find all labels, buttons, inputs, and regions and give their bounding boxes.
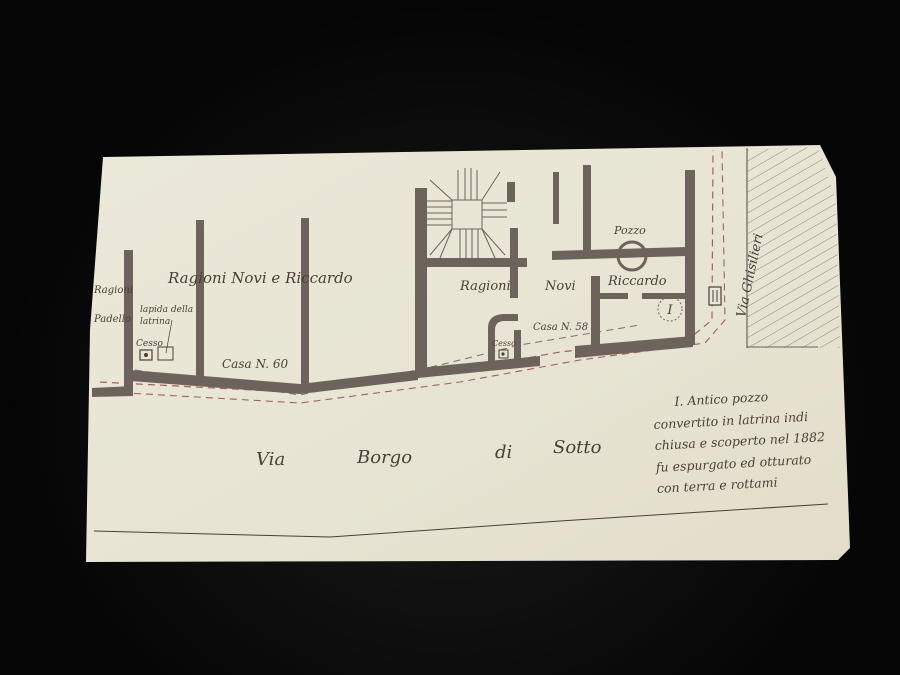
label-riccardo-right: Riccardo xyxy=(607,274,667,289)
drain-grate-icon xyxy=(709,287,721,305)
label-ragioni-padello-2: Padello xyxy=(93,314,131,325)
svg-text:I: I xyxy=(666,303,673,318)
label-pozzo: Pozzo xyxy=(613,224,646,237)
annotation-note: I. Antico pozzo convertito in latrina in… xyxy=(652,382,857,500)
label-cesso-right: Cesso xyxy=(492,339,516,348)
label-cesso-left: Cesso xyxy=(136,339,163,349)
label-street-via: Via xyxy=(256,449,285,470)
label-street-di: di xyxy=(495,442,512,463)
label-casa-60: Casa N. 60 xyxy=(222,357,288,371)
label-latrina: latrina xyxy=(140,317,170,327)
floor-plan-drawing: I Ragioni Padello Ragioni Novi e Riccard… xyxy=(0,0,900,675)
label-lapida-della: lapida della xyxy=(140,305,193,315)
label-novi-right: Novi xyxy=(544,279,576,294)
label-street-sotto: Sotto xyxy=(553,437,602,458)
label-ragioni-padello-1: Ragioni xyxy=(93,285,133,296)
label-ragioni-novi-riccardo-left: Ragioni Novi e Riccardo xyxy=(167,269,353,287)
label-casa-58: Casa N. 58 xyxy=(533,322,588,333)
label-ragioni-right: Ragioni xyxy=(459,279,511,294)
label-street-borgo: Borgo xyxy=(356,447,412,468)
